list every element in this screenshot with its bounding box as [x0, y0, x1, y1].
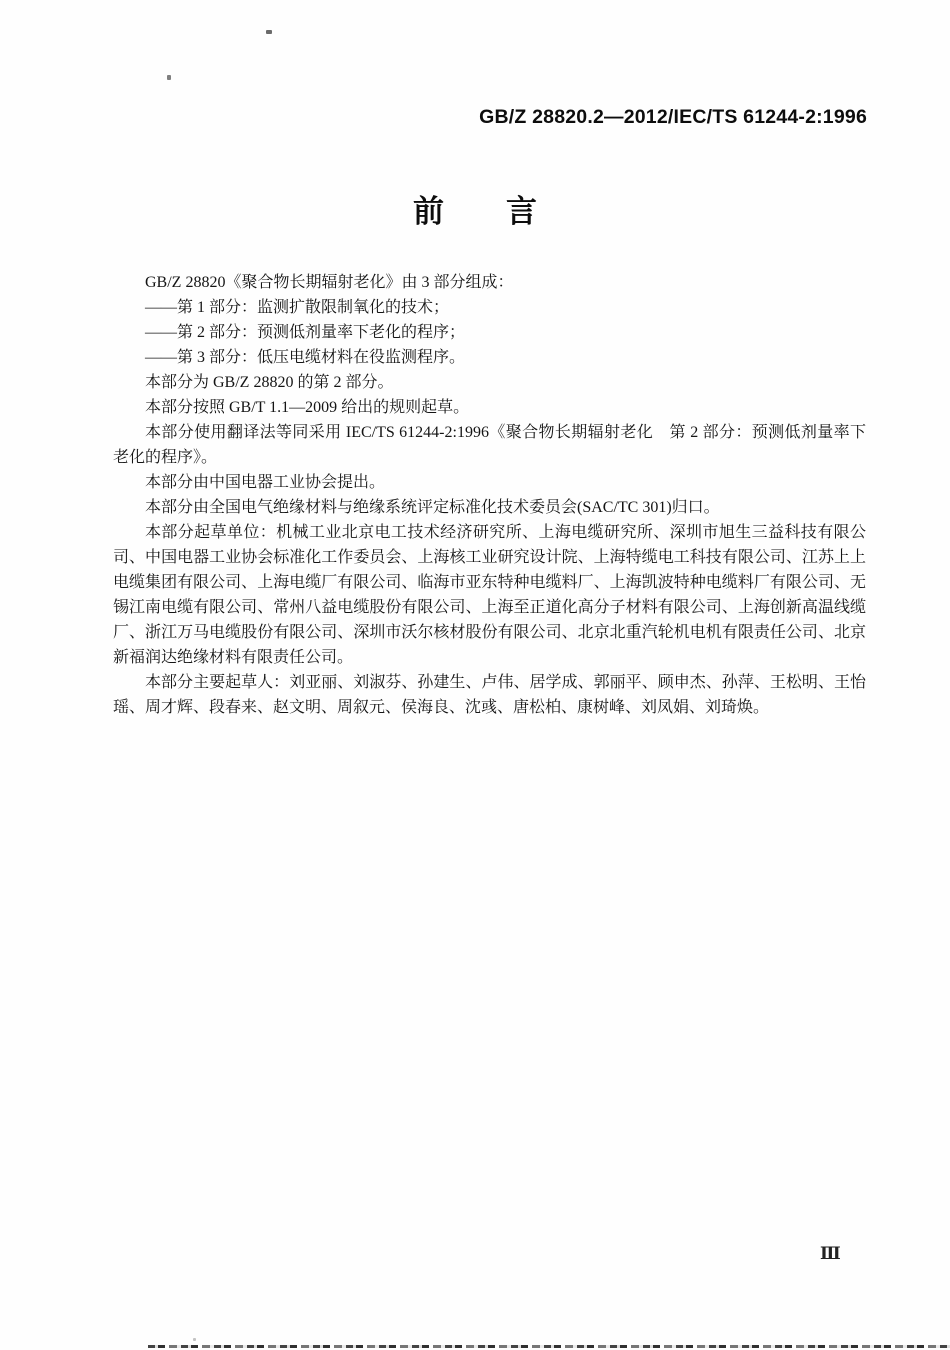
paragraph-translation: 本部分使用翻译法等同采用 IEC/TS 61244-2:1996《聚合物长期辐射… — [113, 420, 866, 470]
scan-speck — [266, 30, 272, 34]
paragraph-drafting-orgs: 本部分起草单位：机械工业北京电工技术经济研究所、上海电缆研究所、深圳市旭生三益科… — [113, 520, 866, 670]
paragraph-committee: 本部分由全国电气绝缘材料与绝缘系统评定标准化技术委员会(SAC/TC 301)归… — [113, 495, 866, 520]
paragraph-part-3: ——第 3 部分：低压电缆材料在役监测程序。 — [113, 345, 866, 370]
paragraph-drafters: 本部分主要起草人：刘亚丽、刘淑芬、孙建生、卢伟、居学成、郭丽平、顾申杰、孙萍、王… — [113, 670, 866, 720]
standard-number-header: GB/Z 28820.2—2012/IEC/TS 61244-2:1996 — [479, 106, 867, 129]
scan-edge-artifact — [148, 1345, 950, 1348]
scan-speck — [167, 75, 171, 80]
paragraph-drafting-rule: 本部分按照 GB/T 1.1—2009 给出的规则起草。 — [113, 395, 866, 420]
paragraph-part-2: ——第 2 部分：预测低剂量率下老化的程序； — [113, 320, 866, 345]
paragraph-parts-intro: GB/Z 28820《聚合物长期辐射老化》由 3 部分组成： — [113, 270, 866, 295]
scan-speck — [193, 1338, 196, 1341]
paragraph-part-1: ——第 1 部分：监测扩散限制氧化的技术； — [113, 295, 866, 320]
paragraph-this-part: 本部分为 GB/Z 28820 的第 2 部分。 — [113, 370, 866, 395]
page-title: 前 言 — [0, 186, 950, 231]
document-page: GB/Z 28820.2—2012/IEC/TS 61244-2:1996 前 … — [0, 0, 950, 1350]
foreword-body: GB/Z 28820《聚合物长期辐射老化》由 3 部分组成： ——第 1 部分：… — [113, 270, 866, 720]
page-number: Ⅲ — [820, 1244, 841, 1264]
paragraph-proposed-by: 本部分由中国电器工业协会提出。 — [113, 470, 866, 495]
